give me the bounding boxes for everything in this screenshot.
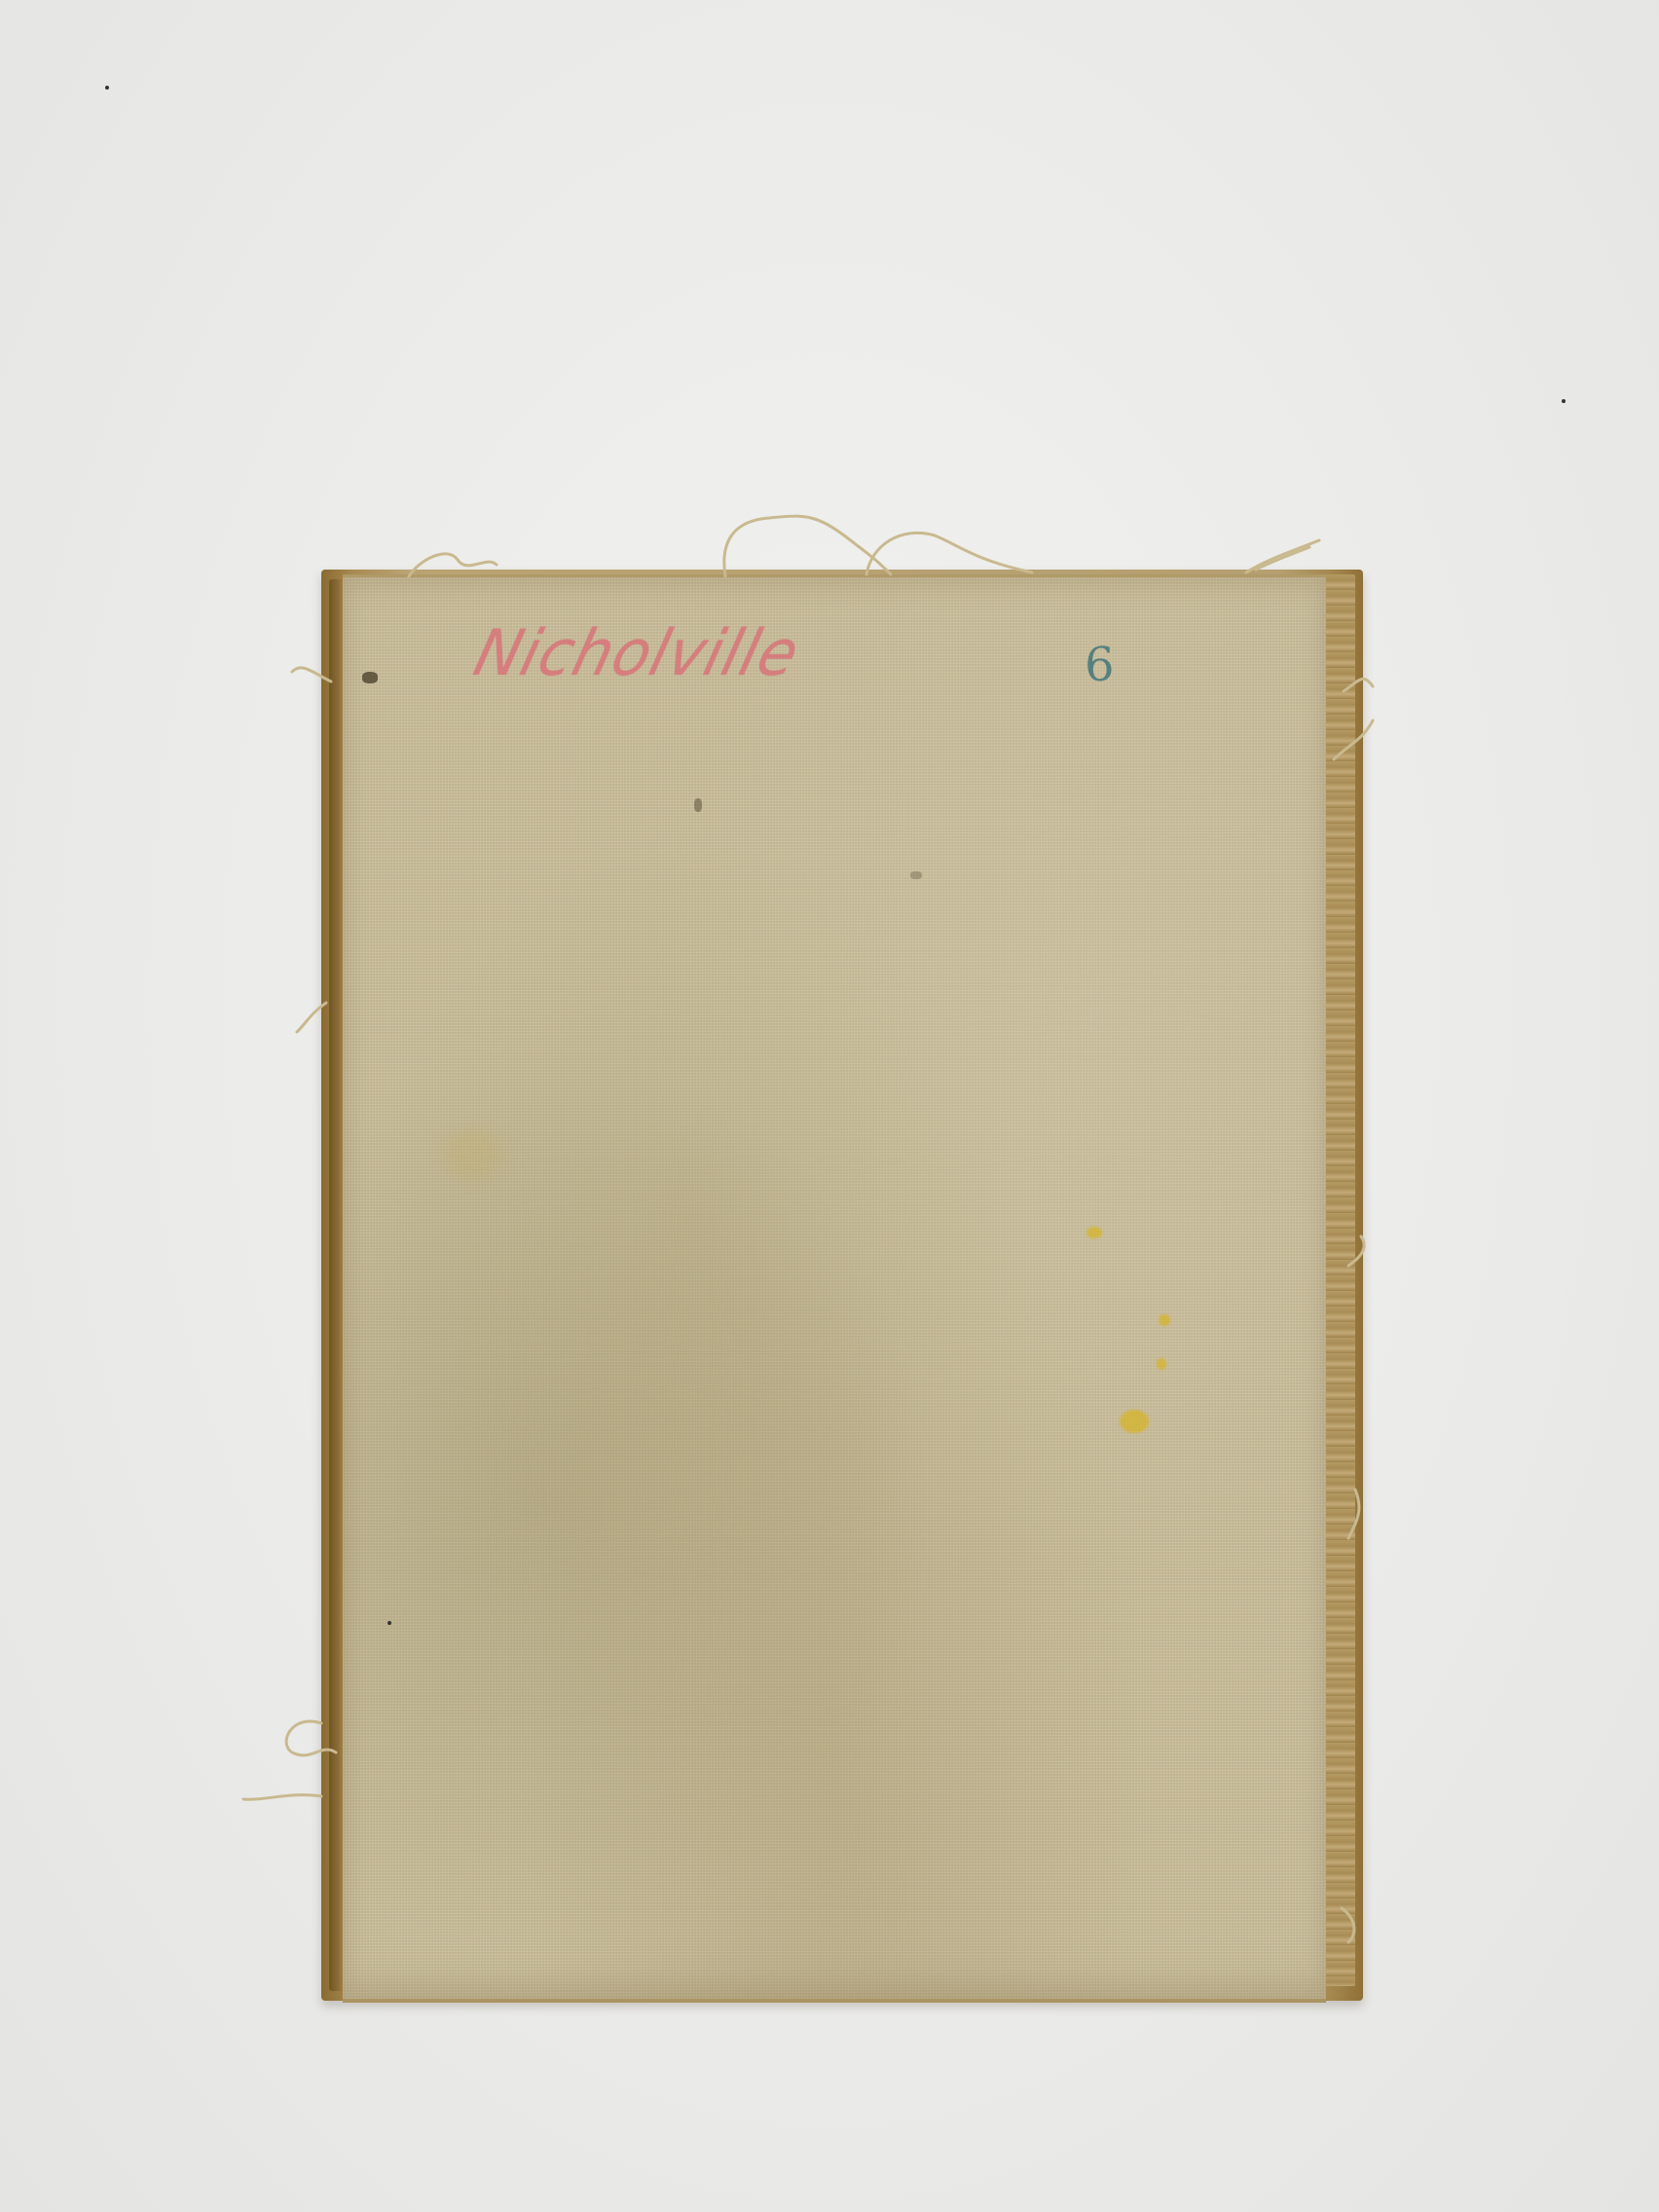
dark-mark [910, 871, 922, 879]
speck [387, 1621, 391, 1625]
yellow-stain [1087, 1227, 1102, 1238]
yellow-stain [1120, 1410, 1149, 1433]
book-front-cover [343, 574, 1326, 2003]
photo-scene: Nicholville 6 [0, 0, 1659, 2212]
stamped-number: 6 [1085, 638, 1115, 692]
handwritten-title: Nicholville [467, 615, 807, 690]
faint-stain [443, 1129, 501, 1178]
yellow-stain [1157, 1358, 1166, 1370]
yellow-stain [1159, 1314, 1170, 1326]
speck [105, 86, 109, 90]
dark-mark [362, 672, 378, 683]
speck [1562, 399, 1566, 403]
dark-mark [694, 798, 702, 812]
